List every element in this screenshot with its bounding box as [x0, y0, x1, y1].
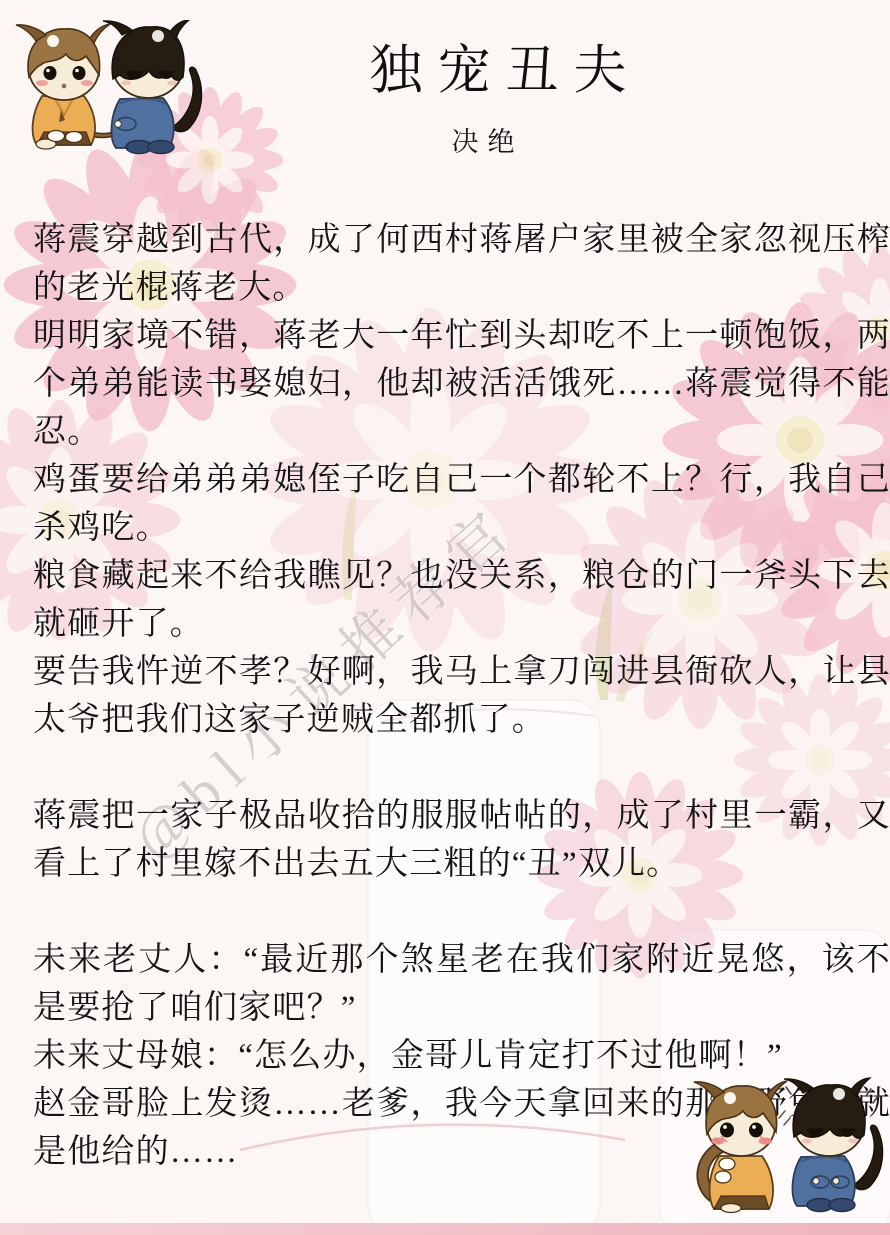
novel-promo-page: @bl小说推荐官 独宠丑夫 决绝 蒋震穿越到古代，成了何西村蒋屠户家里被全家忽视… [0, 0, 890, 1235]
story-paragraph: 未来丈母娘：“怎么办，金哥儿肯定打不过他啊！” [33, 1032, 890, 1080]
story-paragraph [33, 744, 890, 792]
story-paragraph: 鸡蛋要给弟弟弟媳侄子吃自己一个都轮不上？行，我自己杀鸡吃。 [33, 456, 890, 552]
page-title: 独宠丑夫 [106, 28, 890, 104]
story-paragraph: 明明家境不错，蒋老大一年忙到头却吃不上一顿饱饭，两个弟弟能读书娶媳妇，他却被活活… [33, 312, 890, 456]
cat-boy-chibi [103, 20, 202, 154]
story-paragraph: 未来老丈人：“最近那个煞星老在我们家附近晃悠，该不是要抢了咱们家吧？” [33, 936, 890, 1032]
cat-boy-chibi [784, 1078, 883, 1212]
chibi-couple-bottom-right-illustration [685, 1076, 890, 1235]
story-paragraph: 要告我忤逆不孝？好啊，我马上拿刀闯进县衙砍人，让县太爷把我们这家子逆贼全都抓了。 [33, 648, 890, 744]
story-paragraph: 蒋震把一家子极品收拾的服服帖帖的，成了村里一霸，又看上了村里嫁不出去五大三粗的“… [33, 792, 890, 888]
story-paragraph: 粮食藏起来不给我瞧见？也没关系，粮仓的门一斧头下去就砸开了。 [33, 552, 890, 648]
chibi-couple-top-left-illustration [6, 20, 208, 168]
story-paragraph: 蒋震穿越到古代，成了何西村蒋屠户家里被全家忽视压榨的老光棍蒋老大。 [33, 216, 890, 312]
story-text: 蒋震穿越到古代，成了何西村蒋屠户家里被全家忽视压榨的老光棍蒋老大。明明家境不错，… [33, 216, 890, 1176]
story-paragraph [33, 888, 890, 936]
puppy-boy-chibi [694, 1081, 790, 1213]
